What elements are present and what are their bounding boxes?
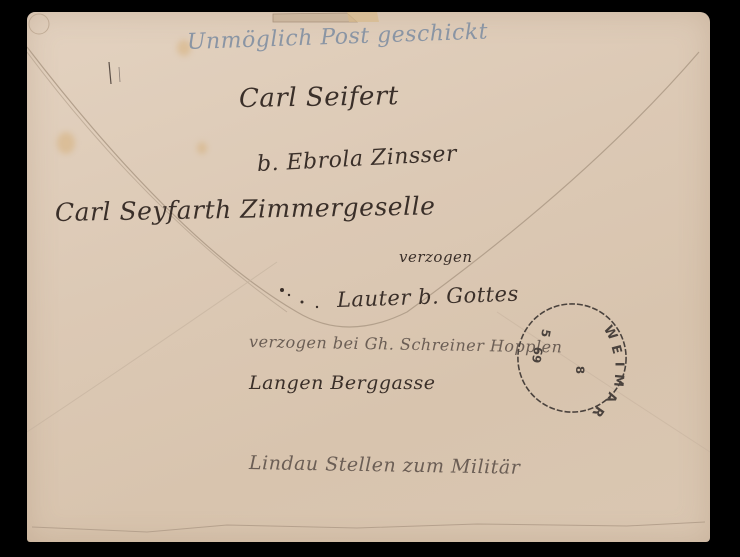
svg-text:69: 69 <box>529 346 546 365</box>
handwriting-line-9: Lindau Stellen zum Militär <box>249 452 521 479</box>
paper-stain <box>57 132 75 154</box>
handwriting-line-5: verzogen <box>399 248 473 266</box>
svg-text:E: E <box>607 343 624 355</box>
svg-text:M: M <box>610 373 626 387</box>
handwriting-line-8: Langen Berggasse <box>249 372 436 394</box>
svg-text:5: 5 <box>538 328 553 339</box>
handwriting-line-2: Carl Seifert <box>239 81 399 114</box>
weimar-postmark: W E I M A R 5 69 8 <box>513 299 631 417</box>
svg-text:I: I <box>611 362 626 367</box>
svg-text:W: W <box>600 323 620 343</box>
svg-text:R: R <box>589 403 607 417</box>
svg-text:8: 8 <box>573 366 587 374</box>
svg-text:A: A <box>602 390 620 405</box>
envelope: Unmöglich Post geschickt Carl Seifert b.… <box>27 12 710 542</box>
paper-stain <box>197 142 207 154</box>
